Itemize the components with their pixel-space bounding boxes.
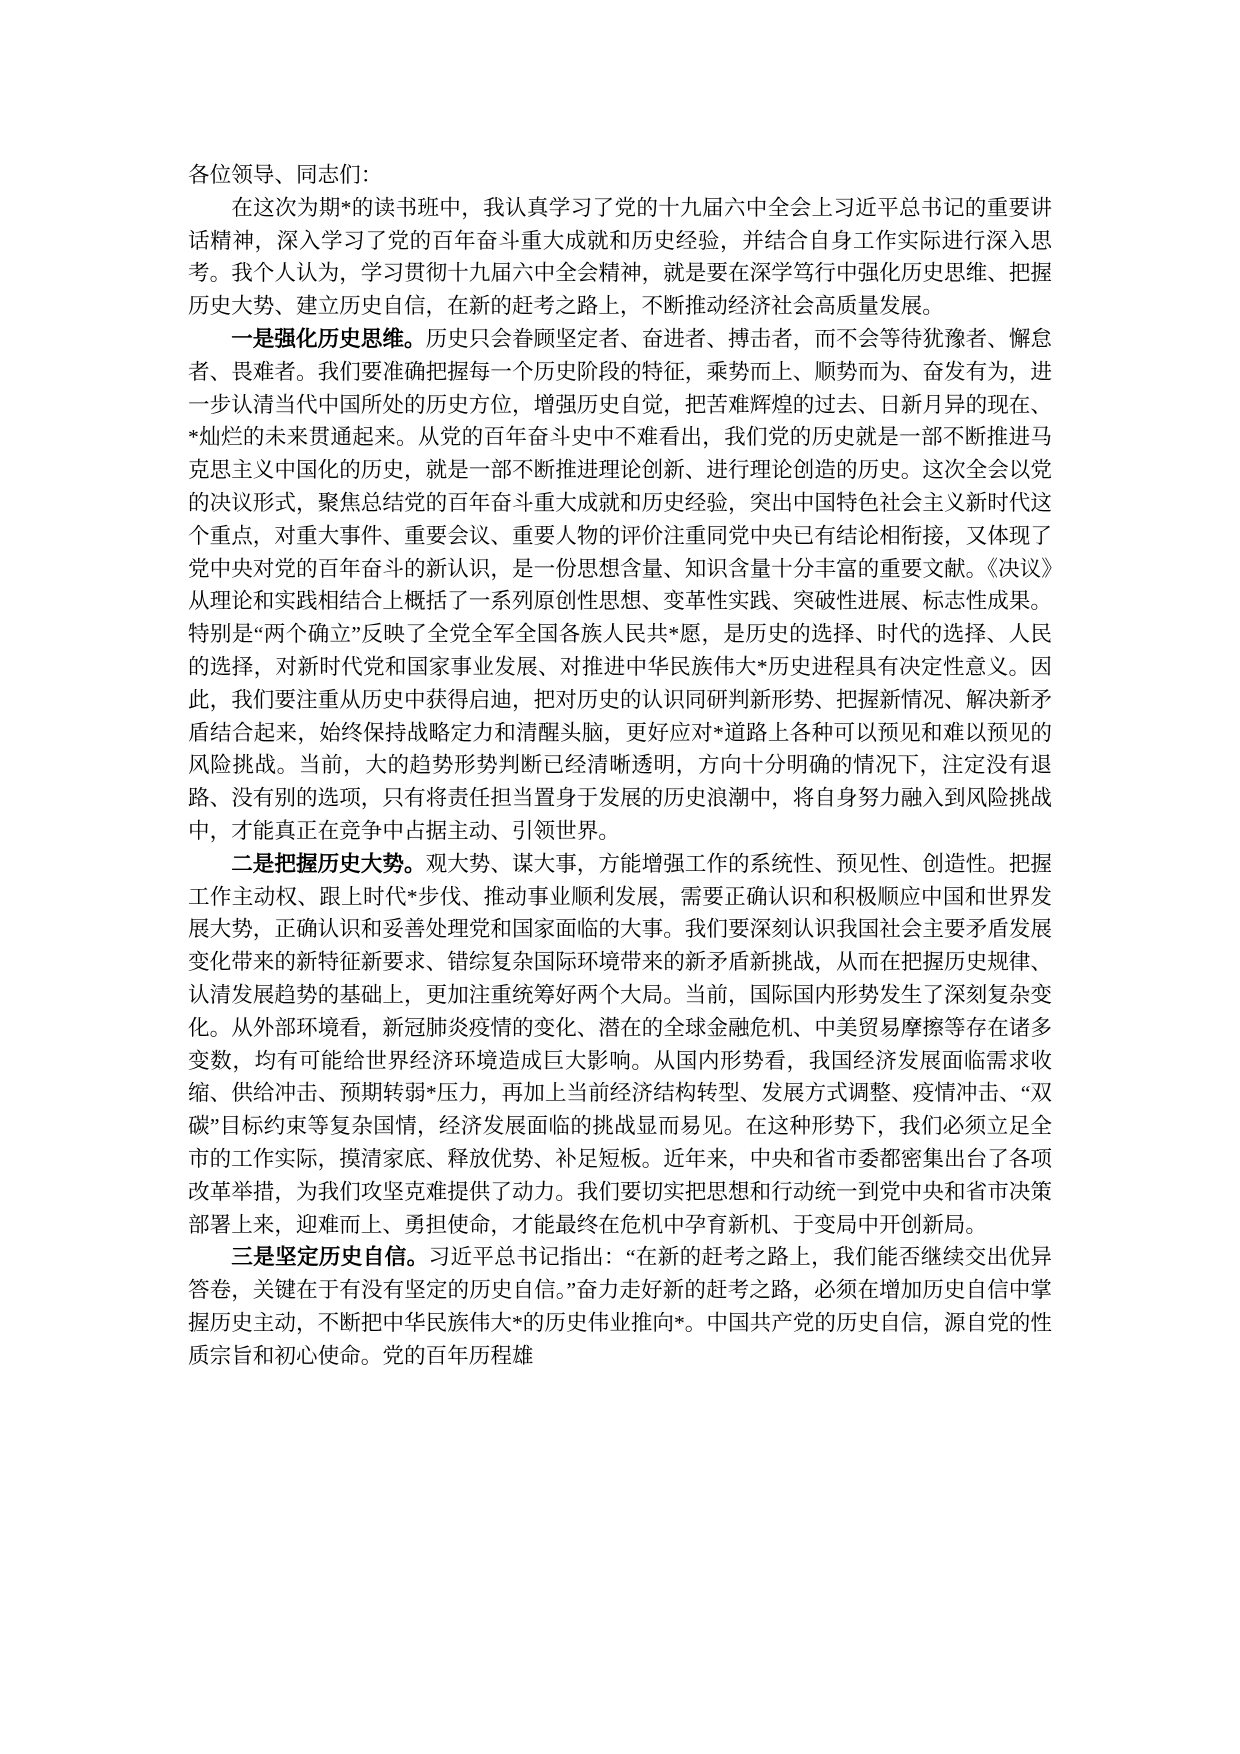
paragraph-intro: 在这次为期*的读书班中，我认真学习了党的十九届六中全会上习近平总书记的重要讲话精… — [188, 192, 1052, 323]
paragraph-text: 历史只会眷顾坚定者、奋进者、搏击者，而不会等待犹豫者、懈怠者、畏难者。我们要准确… — [188, 327, 1052, 843]
paragraph-text: 在这次为期*的读书班中，我认真学习了党的十九届六中全会上习近平总书记的重要讲话精… — [188, 196, 1052, 318]
paragraph-bold-lead: 三是坚定历史自信。 — [231, 1245, 428, 1269]
paragraph-point-1: 一是强化历史思维。历史只会眷顾坚定者、奋进者、搏击者，而不会等待犹豫者、懈怠者、… — [188, 323, 1052, 848]
paragraph-point-2: 二是把握历史大势。观大势、谋大事，方能增强工作的系统性、预见性、创造性。把握工作… — [188, 848, 1052, 1242]
document-page: 各位领导、同志们： 在这次为期*的读书班中，我认真学习了党的十九届六中全会上习近… — [0, 0, 1240, 1754]
paragraph-point-3: 三是坚定历史自信。习近平总书记指出：“在新的赶考之路上，我们能否继续交出优异答卷… — [188, 1241, 1052, 1372]
paragraph-bold-lead: 二是把握历史大势。 — [231, 852, 425, 876]
salutation-line: 各位领导、同志们： — [188, 159, 1052, 192]
paragraph-bold-lead: 一是强化历史思维。 — [231, 327, 425, 351]
document-body: 各位领导、同志们： 在这次为期*的读书班中，我认真学习了党的十九届六中全会上习近… — [188, 159, 1052, 1372]
paragraph-text: 观大势、谋大事，方能增强工作的系统性、预见性、创造性。把握工作主动权、跟上时代*… — [188, 852, 1052, 1237]
